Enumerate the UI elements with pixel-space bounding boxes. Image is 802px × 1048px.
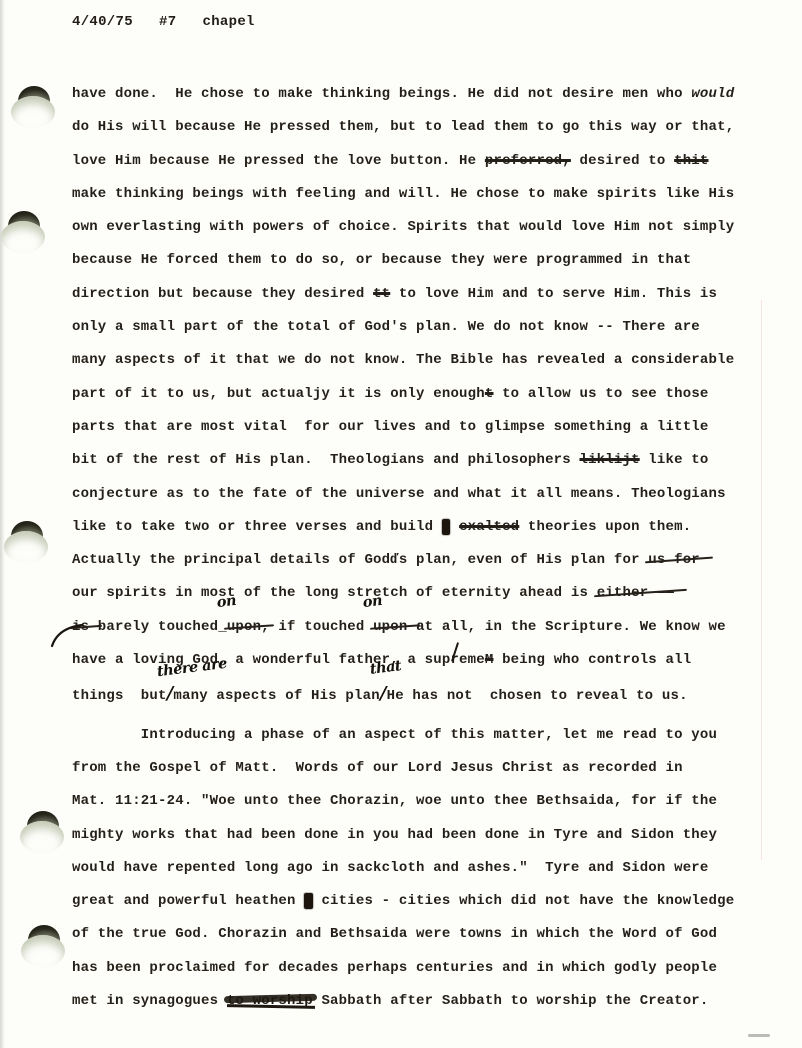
text-segment: conjecture as to the fate of the univers… [72,486,726,502]
text-segment: our spirits in most of the long stretch … [72,585,597,601]
typed-line: have done. He chose to make thinking bei… [72,78,772,111]
scan-corner-mark [748,1034,770,1037]
text-segment: only a small part of the total of God's … [72,319,700,335]
handwritten-caret: /there are [167,677,174,710]
punch-hole [27,811,59,841]
text-segment: of the true God. Chorazin and Bethsaida … [72,926,717,942]
typed-line: because He forced them to do so, or beca… [72,244,772,277]
text-segment: many aspects of His plan [173,688,379,704]
text-segment: cities - cities which did not have the k… [313,893,734,909]
text-segment: direction but because they desired [72,286,373,302]
text-segment: from the Gospel of Matt. Words of our Lo… [72,760,683,776]
text-segment: met in synagogues [72,993,227,1009]
text-segment: part of it to us, but actualjy it is onl… [72,386,485,402]
text-segment: He has not chosen to reveal to us. [387,688,688,704]
text-segment: Mat. 11:21-24. "Woe unto thee Chorazin, … [72,793,717,809]
typed-line: bit of the rest of His plan. Theologians… [72,444,772,477]
typed-line: only a small part of the total of God's … [72,311,772,344]
struck-text: tt [373,286,390,302]
text-segment: like to [640,452,709,468]
page-header-date-title: 4/40/75 #7 chapel [72,14,255,30]
typed-line: great and powerful heathen x cities - ci… [72,885,772,918]
text-segment: would [691,86,734,102]
punch-hole [28,925,60,955]
pen-swoosh-mark [50,620,84,648]
text-segment: like to take two or three verses and bui… [72,519,442,535]
handwritten-annotation: on [362,594,383,612]
typed-line: conjecture as to the fate of the univers… [72,478,772,511]
text-segment: have a loving God, a wonderful father, a… [72,652,485,668]
handwritten-annotation: on [216,594,237,612]
text-segment: things but [72,688,167,704]
text-segment: mighty works that had been done in you h… [72,827,717,843]
struck-text: thit [674,153,708,169]
typed-line: many aspects of it that we do not know. … [72,344,772,377]
text-segment: do His will because He pressed them, but… [72,119,734,135]
text-segment: Actually the principal details of Godďs … [72,552,648,568]
text-segment: to allow us to see those [493,386,708,402]
text-segment: desired to [571,153,674,169]
struck-text: x [304,893,313,909]
text-segment: has been proclaimed for decades perhaps … [72,960,717,976]
text-segment: parts that are most vital for our lives … [72,419,709,435]
typed-line: like to take two or three verses and bui… [72,511,772,544]
text-segment: being who controls all [493,652,691,668]
text-segment: theories upon them. [519,519,691,535]
text-segment [450,519,459,535]
text-segment: have done. He chose to make thinking bei… [72,86,691,102]
scanned-page: 4/40/75 #7 chapel have done. He chose to… [0,0,802,1048]
text-segment: barely touched_ [89,619,227,635]
typed-line: met in synagogues to worship Sabbath aft… [72,985,772,1018]
text-segment: own everlasting with powers of choice. S… [72,219,734,235]
typed-line: love Him because He pressed the love but… [72,145,772,178]
typed-line: Introducing a phase of an aspect of this… [72,719,772,752]
typed-line: own everlasting with powers of choice. S… [72,211,772,244]
punch-hole [18,86,50,116]
typed-line: mighty works that had been done in you h… [72,819,772,852]
handwritten-caret: /that [380,677,387,710]
text-segment: because He forced them to do so, or beca… [72,252,691,268]
corrected-word: uponon [373,611,407,644]
typed-line: direction but because they desired tt to… [72,278,772,311]
typed-line: Mat. 11:21-24. "Woe unto thee Chorazin, … [72,785,772,818]
typed-line: part of it to us, but actualjy it is onl… [72,378,772,411]
text-segment: to love Him and to serve Him. This is [390,286,717,302]
struck-text: us for [648,544,700,577]
text-block: have done. He chose to make thinking bei… [72,78,772,1018]
typed-line: things but/there aremany aspects of His … [72,677,772,710]
struck-text: either —— [597,577,674,610]
typed-line: Actually the principal details of Godďs … [72,544,772,577]
typed-line: has been proclaimed for decades perhaps … [72,952,772,985]
corrected-word: uponon [227,611,261,644]
typed-line: make thinking beings with feeling and wi… [72,178,772,211]
typed-line: our spirits in most of the long stretch … [72,577,772,610]
typed-line: of the true God. Chorazin and Bethsaida … [72,918,772,951]
punch-hole [11,521,43,551]
scan-edge-shadow [0,0,5,1048]
typed-line: from the Gospel of Matt. Words of our Lo… [72,752,772,785]
text-segment: Sabbath after Sabbath to worship the Cre… [313,993,709,1009]
typed-line: is barely touched_uponon, if touched upo… [72,611,772,644]
text-segment: at all, in the Scripture. We know we [407,619,725,635]
text-segment: , if touched [261,619,373,635]
text-segment: great and powerful heathen [72,893,304,909]
struck-text: preferred, [485,153,571,169]
typed-line: would have repented long ago in sackclot… [72,852,772,885]
typed-line: parts that are most vital for our lives … [72,411,772,444]
typed-line: do His will because He pressed them, but… [72,111,772,144]
text-segment: love Him because He pressed the love but… [72,153,485,169]
text-segment: would have repented long ago in sackclot… [72,860,709,876]
struck-text: exalted [459,519,519,535]
text-segment: Introducing a phase of an aspect of this… [72,727,717,743]
text-segment: bit of the rest of His plan. Theologians… [72,452,579,468]
text-segment: make thinking beings with feeling and wi… [72,186,734,202]
punch-hole [8,211,40,241]
struck-text: liklijt [579,452,639,468]
text-segment: many aspects of it that we do not know. … [72,352,734,368]
struck-text: to worship [227,985,313,1018]
